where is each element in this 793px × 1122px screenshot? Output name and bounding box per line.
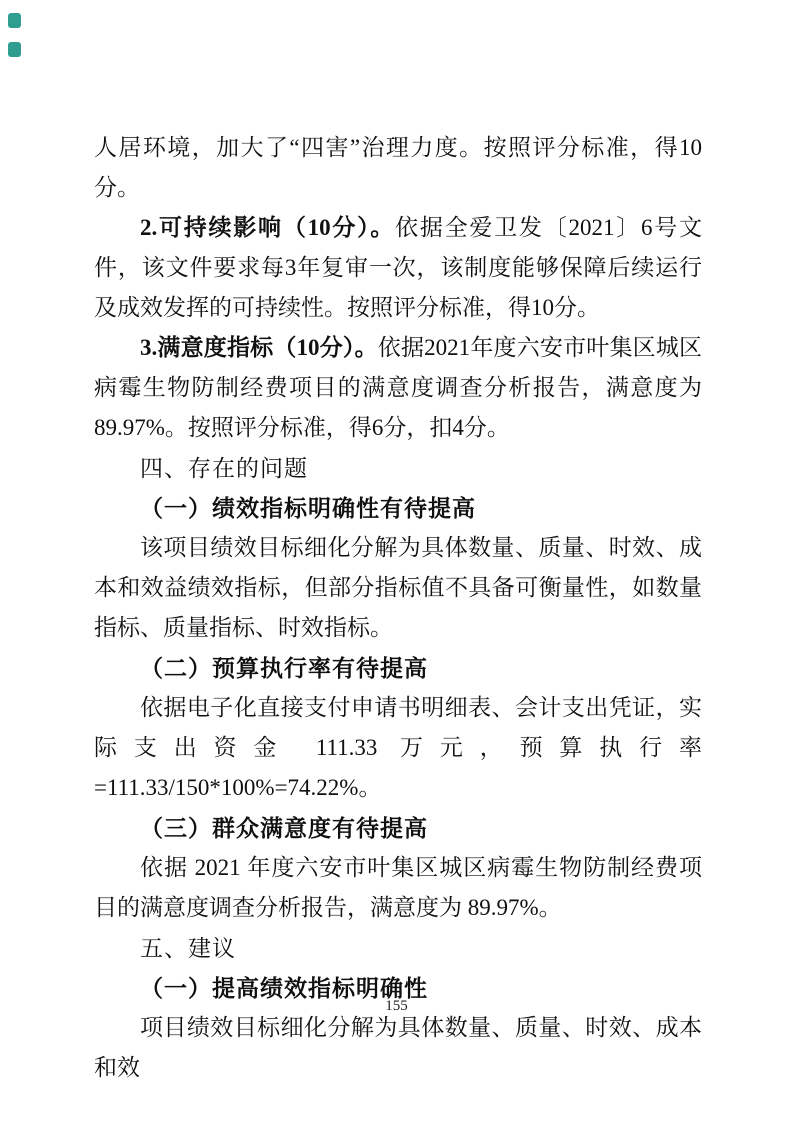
annotation-mark-icon xyxy=(8,13,21,28)
paragraph: 项目绩效目标细化分解为具体数量、质量、时效、成本和效 xyxy=(94,1008,702,1088)
paragraph: 依据 2021 年度六安市叶集区城区病霉生物防制经费项目的满意度调查分析报告，满… xyxy=(94,848,702,928)
bold-lead-text: 2.可持续影响（10分）。 xyxy=(140,215,395,240)
section-heading: 四、存在的问题 xyxy=(94,448,702,488)
paragraph: 2.可持续影响（10分）。依据全爱卫发〔2021〕6号文件，该文件要求每3年复审… xyxy=(94,208,702,328)
annotation-mark-icon xyxy=(8,42,21,57)
document-body: 人居环境，加大了“四害”治理力度。按照评分标准，得10分。2.可持续影响（10分… xyxy=(94,128,702,1088)
bold-lead-text: 3.满意度指标（10分）。 xyxy=(140,335,378,360)
paragraph: 人居环境，加大了“四害”治理力度。按照评分标准，得10分。 xyxy=(94,128,702,208)
corner-marks xyxy=(8,13,21,71)
page-number: 155 xyxy=(0,998,793,1015)
subsection-heading: （二）预算执行率有待提高 xyxy=(94,648,702,688)
subsection-heading: （三）群众满意度有待提高 xyxy=(94,808,702,848)
document-page: 人居环境，加大了“四害”治理力度。按照评分标准，得10分。2.可持续影响（10分… xyxy=(0,0,793,1122)
paragraph: 依据电子化直接支付申请书明细表、会计支出凭证，实际支出资金 111.33 万元，… xyxy=(94,688,702,808)
paragraph: 该项目绩效目标细化分解为具体数量、质量、时效、成本和效益绩效指标，但部分指标值不… xyxy=(94,528,702,648)
paragraph: 3.满意度指标（10分）。依据2021年度六安市叶集区城区病霉生物防制经费项目的… xyxy=(94,328,702,448)
section-heading: 五、建议 xyxy=(94,928,702,968)
subsection-heading: （一）绩效指标明确性有待提高 xyxy=(94,488,702,528)
